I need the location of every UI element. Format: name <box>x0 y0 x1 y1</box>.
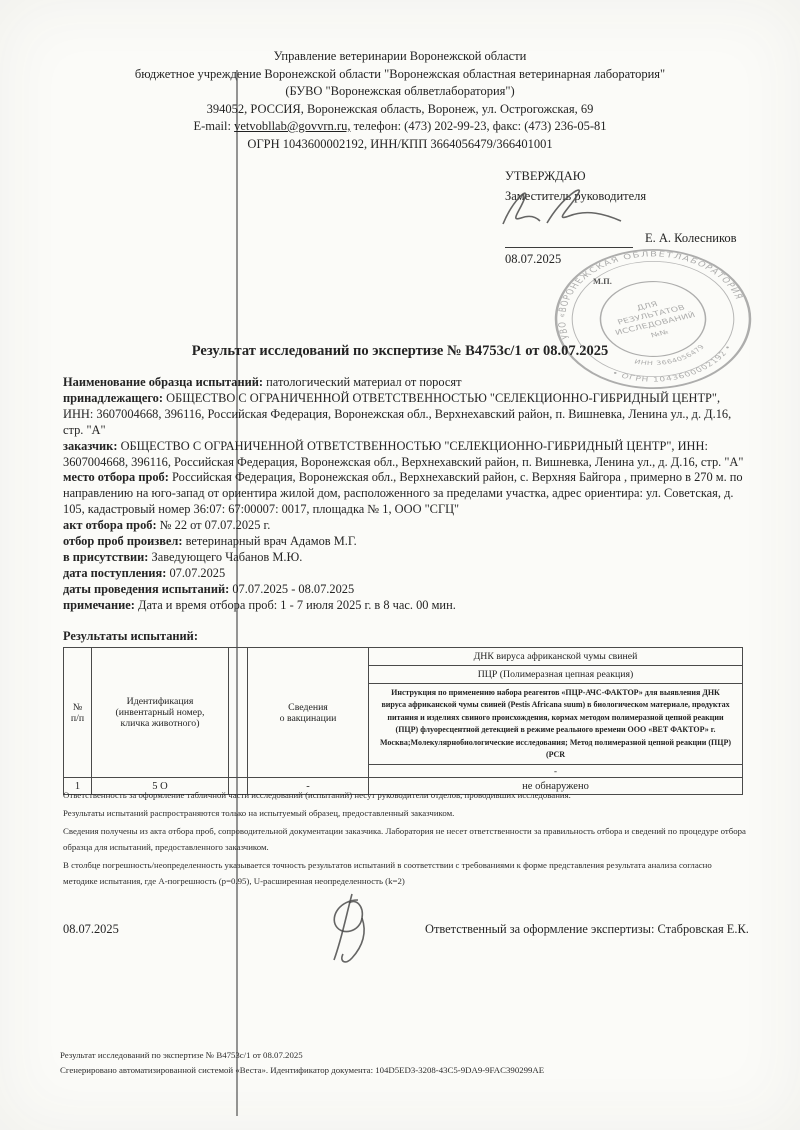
approver-signature-scribble <box>495 182 635 232</box>
footer-expertise-reference: Результат исследований по экспертизе № В… <box>60 1048 750 1063</box>
column-header-number: № п/п <box>64 648 92 778</box>
field-value: ОБЩЕСТВО С ОГРАНИЧЕННОЙ ОТВЕТСТВЕННОСТЬЮ… <box>63 391 731 437</box>
org-address: 394052, РОССИЯ, Воронежская область, Вор… <box>40 101 760 119</box>
footnote: Результаты испытаний распространяются то… <box>63 805 747 821</box>
field-label: заказчик: <box>63 439 117 453</box>
field-label: даты проведения испытаний: <box>63 582 229 596</box>
document-fields: Наименование образца испытаний: патологи… <box>63 375 744 614</box>
org-institution: бюджетное учреждение Воронежской области… <box>40 66 760 84</box>
results-section-label: Результаты испытаний: <box>63 629 744 645</box>
document-field: отбор проб произвел: ветеринарный врач А… <box>63 534 744 550</box>
field-label: акт отбора проб: <box>63 518 157 532</box>
signature-line <box>505 232 633 248</box>
field-value: Дата и время отбора проб: 1 - 7 июля 202… <box>138 598 456 612</box>
column-header-identification: Идентификация (инвентарный номер, кличка… <box>92 648 229 778</box>
field-label: дата поступления: <box>63 566 166 580</box>
document-field: Наименование образца испытаний: патологи… <box>63 375 744 391</box>
laboratory-round-stamp: БУВО «ВОРОНЕЖСКАЯ ОБЛВЕТЛАБОРАТОРИЯ» • О… <box>552 247 754 391</box>
document-field: заказчик: ОБЩЕСТВО С ОГРАНИЧЕННОЙ ОТВЕТС… <box>63 439 744 471</box>
field-value: ОБЩЕСТВО С ОГРАНИЧЕННОЙ ОТВЕТСТВЕННОСТЬЮ… <box>63 439 743 469</box>
document-field: принадлежащего: ОБЩЕСТВО С ОГРАНИЧЕННОЙ … <box>63 391 744 439</box>
field-label: Наименование образца испытаний: <box>63 375 263 389</box>
field-value: ветеринарный врач Адамов М.Г. <box>186 534 357 548</box>
field-value: 07.07.2025 <box>169 566 225 580</box>
mp-place-of-stamp-label: М.П. <box>593 276 612 286</box>
field-value: 07.07.2025 - 08.07.2025 <box>232 582 354 596</box>
results-table: № п/п Идентификация (инвентарный номер, … <box>63 647 743 795</box>
stamp-center-line4: №№ <box>650 328 670 339</box>
org-authority: Управление ветеринарии Воронежской облас… <box>40 48 760 66</box>
analyte-group-header: ДНК вируса африканской чумы свиней <box>369 648 743 666</box>
document-field: в присутствии: Заведующего Чабанов М.Ю. <box>63 550 744 566</box>
document-field: примечание: Дата и время отбора проб: 1 … <box>63 598 744 614</box>
signing-date: 08.07.2025 <box>63 922 119 937</box>
footnote: В столбце погрешность/неопределенность у… <box>63 857 747 889</box>
field-label: отбор проб произвел: <box>63 534 182 548</box>
method-description: Инструкция по применению набора реагенто… <box>369 684 743 765</box>
org-registration-numbers: ОГРН 1043600002192, ИНН/КПП 3664056479/3… <box>40 136 760 154</box>
org-contacts: E-mail: vetvobllab@govvrn.ru, телефон: (… <box>40 118 760 136</box>
field-value: Заведующего Чабанов М.Ю. <box>152 550 303 564</box>
footer-generated-by: Сгенерировано автоматизированной системо… <box>60 1063 750 1078</box>
field-value: № 22 от 07.07.2025 г. <box>160 518 271 532</box>
footnote: Ответственность за оформление табличной … <box>63 787 747 803</box>
uncertainty-cell: - <box>369 765 743 778</box>
email-link[interactable]: vetvobllab@govvrn.ru, <box>234 119 350 133</box>
field-value: патологический материал от поросят <box>266 375 461 389</box>
column-header-vaccination: Сведения о вакцинации <box>248 648 369 778</box>
responsible-person-label: Ответственный за оформление экспертизы: … <box>425 922 749 937</box>
column-header-blank <box>229 648 248 778</box>
document-field: акт отбора проб: № 22 от 07.07.2025 г. <box>63 518 744 534</box>
scanned-document-page: Управление ветеринарии Воронежской облас… <box>0 0 800 1130</box>
field-label: место отбора проб: <box>63 470 169 484</box>
field-label: принадлежащего: <box>63 391 163 405</box>
footnote: Сведения получены из акта отбора проб, с… <box>63 823 747 855</box>
document-field: дата поступления: 07.07.2025 <box>63 566 744 582</box>
field-label: в присутствии: <box>63 550 148 564</box>
document-field: место отбора проб: Российская Федерация,… <box>63 470 744 518</box>
method-group-header: ПЦР (Полимеразная цепная реакция) <box>369 666 743 684</box>
approver-name: Е. А. Колесников <box>645 228 737 248</box>
document-field: даты проведения испытаний: 07.07.2025 - … <box>63 582 744 598</box>
org-short-name: (БУВО "Воронежская облветлаборатория") <box>40 83 760 101</box>
responsible-signature-scribble <box>322 888 392 968</box>
document-title: Результат исследований по экспертизе № В… <box>0 343 800 360</box>
organization-header: Управление ветеринарии Воронежской облас… <box>40 48 760 153</box>
document-footer: Результат исследований по экспертизе № В… <box>60 1048 750 1078</box>
email-label: E-mail: <box>193 119 231 133</box>
phone-fax: телефон: (473) 202-99-23, факс: (473) 23… <box>354 119 607 133</box>
footnotes: Ответственность за оформление табличной … <box>63 787 747 891</box>
field-label: примечание: <box>63 598 135 612</box>
